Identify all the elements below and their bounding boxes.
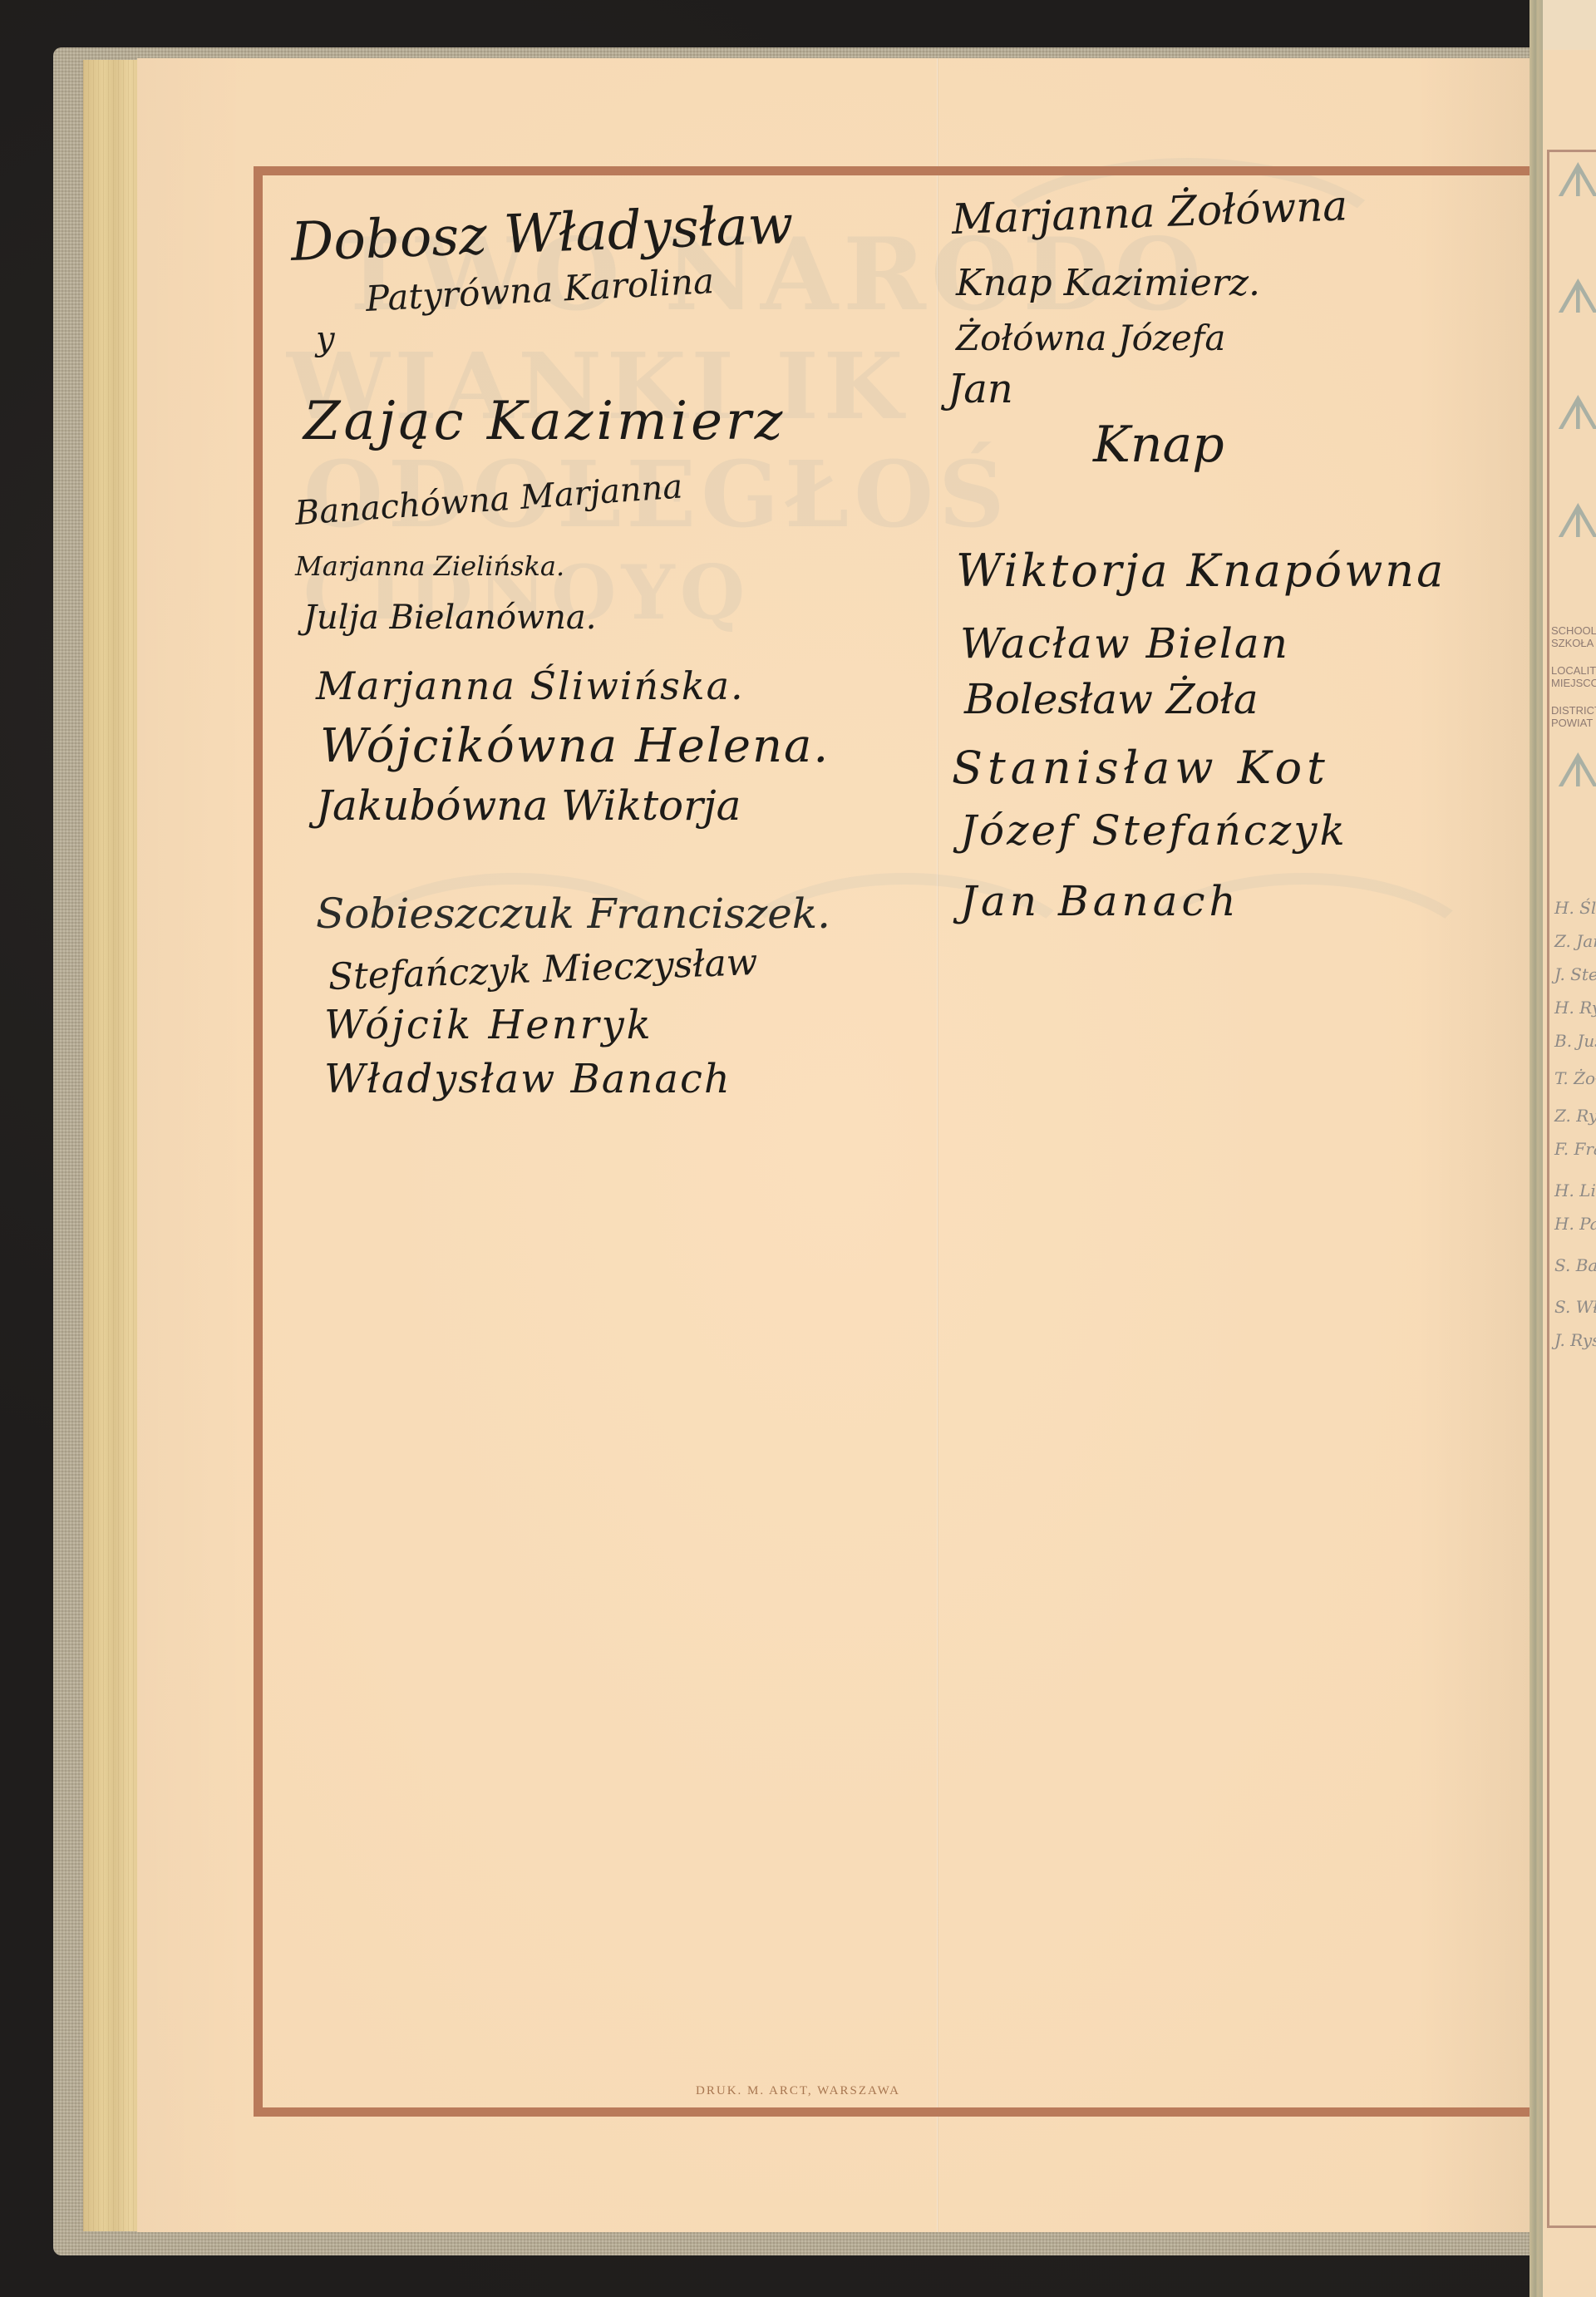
adjacent-page-ornament: ᗑ [1556, 391, 1589, 437]
signature: Julja Bielanówna. [303, 599, 596, 637]
book-gutter [1529, 0, 1543, 2297]
document-page: TWO NARODO WIANKI IK ODOLEGŁOŚ CIDNOYQ D… [137, 58, 1529, 2232]
signature: Zając Kazimierz [303, 391, 786, 452]
adjacent-page-signature: B. Jusic [1554, 1031, 1596, 1051]
signature: Knap [1093, 416, 1224, 474]
signature: y [316, 320, 335, 358]
adjacent-page-signature: Z. Jarosk [1554, 931, 1596, 951]
signature: Bolesław Żoła [964, 675, 1259, 723]
signature: Jan [948, 366, 1013, 412]
signature: Wójcik Henryk [324, 1002, 653, 1048]
signature: Żołówna Józefa [956, 318, 1225, 358]
adjacent-page-signature: S. Włodz [1554, 1297, 1596, 1317]
adjacent-page-signature: S. Bacrzy [1554, 1255, 1596, 1275]
adjacent-page-ornament: ᗑ [1556, 274, 1589, 321]
signature: Wiktorja Knapówna [956, 545, 1446, 597]
adjacent-page-signature: J. Stefańc [1554, 964, 1596, 984]
signature: Władysław Banach [324, 1056, 731, 1102]
adjacent-page-label: DISTRICT [1551, 705, 1596, 717]
printed-frame-border [254, 166, 1596, 2117]
signature: Marjanna Zielińska. [295, 550, 564, 582]
signature: Marjanna Śliwińska. [316, 663, 745, 708]
adjacent-page-signature: T. Żoła [1554, 1068, 1596, 1088]
adjacent-page-ornament: ᗑ [1556, 158, 1589, 205]
signature: Jakubówna Wiktorja [316, 781, 741, 830]
adjacent-page-label: LOCALITY [1551, 665, 1596, 677]
page-block-edges [83, 60, 141, 2231]
adjacent-page-label: SCHOOL [1551, 625, 1596, 637]
adjacent-page-signature: Z. Rynakie [1554, 1106, 1596, 1126]
adjacent-page-signature: H. Rych [1554, 998, 1596, 1018]
signature: Stanisław Kot [952, 742, 1330, 794]
signature: Sobieszczuk Franciszek. [316, 890, 830, 938]
adjacent-page-ornament: ᗑ [1556, 748, 1589, 795]
adjacent-page-signature: H. Śliwi [1554, 898, 1596, 918]
signature: Knap Kazimierz. [956, 262, 1260, 304]
adjacent-page-signature: H. Lipow [1554, 1181, 1596, 1200]
adjacent-page-label: MIEJSCO [1551, 678, 1596, 689]
adjacent-page-label: POWIAT [1551, 717, 1593, 729]
adjacent-page-signature: J. Rysak [1554, 1330, 1596, 1350]
adjacent-page-signature: H. Pakuł [1554, 1214, 1596, 1234]
signature: Wacław Bielan [960, 619, 1289, 668]
signature: Wójcikówna Helena. [320, 719, 830, 773]
signature: Jan Banach [960, 877, 1240, 925]
signature: Józef Stefańczyk [960, 806, 1347, 855]
adjacent-page-ornament: ᗑ [1556, 499, 1589, 545]
printer-imprint: DRUK. M. ARCT, WARSZAWA [0, 2084, 1596, 2098]
adjacent-page-top [1543, 0, 1596, 52]
adjacent-page-signature: F. Frank [1554, 1139, 1596, 1159]
adjacent-page-label: SZKOŁA [1551, 638, 1594, 649]
